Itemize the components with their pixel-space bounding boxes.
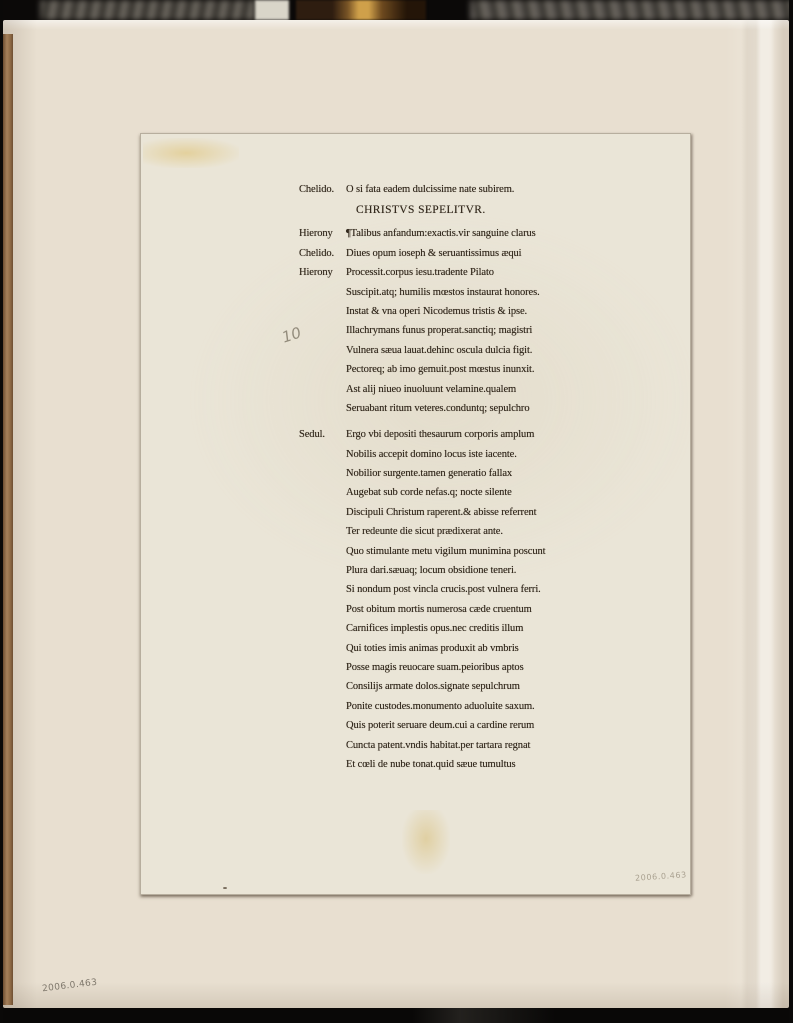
text-line: Quis poterit seruare deum.cui a cardine … [141,720,690,739]
book-board-edge [2,34,13,1005]
verse-text: Instat & vna operi Nicodemus tristis & i… [346,306,527,317]
text-line: Ter redeunte die sicut prædixerat ante. [141,526,690,545]
verse-text: Ast alij niueo inuoluunt velamine.qualem [346,384,516,395]
verse-text: Vulnera sæua lauat.dehinc oscula dulcia … [346,345,532,356]
verse-text: Carnifices implestis opus.nec creditis i… [346,623,523,634]
speaker-label: Chelido. [299,248,346,259]
text-line: Vulnera sæua lauat.dehinc oscula dulcia … [141,345,690,364]
verse-text: ¶Talibus anfandum:exactis.vir sanguine c… [346,228,536,239]
text-line: Illachrymans funus properat.sanctiq; mag… [141,325,690,344]
verse-text: Consilijs armate dolos.signate sepulchru… [346,681,520,692]
verse-text: Ergo vbi depositi thesaurum corporis amp… [346,429,534,440]
text-block: Chelido.O si fata eadem dulcissime nate … [141,184,690,778]
text-line: HieronyProcessit.corpus iesu.tradente Pi… [141,267,690,286]
verse-text: Quo stimulante metu vigilum munimina pos… [346,546,545,557]
text-line: Augebat sub corde nefas.q; nocte silente [141,487,690,506]
verse-text: Seruabant ritum veteres.conduntq; sepulc… [346,403,529,414]
speaker-label: Hierony [299,267,346,278]
verse-text: Discipuli Christum raperent.& abisse ref… [346,507,536,518]
verse-text: Post obitum mortis numerosa cæde cruentu… [346,604,532,615]
catalog-inscription-page: 2006.0.463 [635,870,687,883]
verse-text: Si nondum post vincla crucis.post vulner… [346,584,541,595]
printed-leaf: Chelido.O si fata eadem dulcissime nate … [140,133,691,895]
verse-text: Ponite custodes.monumento aduoluite saxu… [346,701,535,712]
verse-text: Quis poterit seruare deum.cui a cardine … [346,720,534,731]
text-line: Post obitum mortis numerosa cæde cruentu… [141,604,690,623]
blurred-engraving-left [40,0,255,20]
text-line: Discipuli Christum raperent.& abisse ref… [141,507,690,526]
text-line: Seruabant ritum veteres.conduntq; sepulc… [141,403,690,422]
text-line: Et cœli de nube tonat.quid sæue tumultus [141,759,690,778]
verse-text: Suscipit.atq; humilis mœstos instaurat h… [346,287,540,298]
text-line: Carnifices implestis opus.nec creditis i… [141,623,690,642]
text-line: Chelido.O si fata eadem dulcissime nate … [141,184,690,203]
text-line: Cuncta patent.vndis habitat.per tartara … [141,740,690,759]
speaker-label: Sedul. [299,429,346,440]
verse-text: Augebat sub corde nefas.q; nocte silente [346,487,512,498]
verse-text: Processit.corpus iesu.tradente Pilato [346,267,494,278]
text-line: Quo stimulante metu vigilum munimina pos… [141,546,690,565]
photo-bottom-edge [0,1008,793,1023]
text-line: Ast alij niueo inuoluunt velamine.qualem [141,384,690,403]
paper-stain-top [143,138,239,168]
text-line: Consilijs armate dolos.signate sepulchru… [141,681,690,700]
photo-right-edge [789,0,793,1023]
text-line: Chelido.Diues opum ioseph & seruantissim… [141,248,690,267]
text-line: Sedul.Ergo vbi depositi thesaurum corpor… [141,429,690,448]
text-line: Ponite custodes.monumento aduoluite saxu… [141,701,690,720]
text-line: Nobilis accepit domino locus iste iacent… [141,449,690,468]
text-line: Plura dari.sæuaq; locum obsidione teneri… [141,565,690,584]
blurred-engraving-right [470,0,793,20]
verse-text: Ter redeunte die sicut prædixerat ante. [346,526,503,537]
gilt-frame-edge [296,0,426,20]
speaker-label: Chelido. [299,184,346,195]
verse-text: Cuncta patent.vndis habitat.per tartara … [346,740,530,751]
photo-left-edge [0,0,3,1023]
verse-text: Pectoreq; ab imo gemuit.post mœstus inun… [346,364,534,375]
text-line: Qui toties imis animas produxit ab vmbri… [141,643,690,662]
text-line: Instat & vna operi Nicodemus tristis & i… [141,306,690,325]
verse-text: Et cœli de nube tonat.quid sæue tumultus [346,759,516,770]
blurred-paper-sliver [255,0,289,20]
text-line: Hierony¶Talibus anfandum:exactis.vir san… [141,228,690,247]
text-line: Si nondum post vincla crucis.post vulner… [141,584,690,603]
speaker-label: Hierony [299,228,346,239]
verse-text: O si fata eadem dulcissime nate subirem. [346,184,514,195]
verse-text: Qui toties imis animas produxit ab vmbri… [346,643,519,654]
photographed-book-page: Chelido.O si fata eadem dulcissime nate … [0,0,793,1023]
verse-text: Posse magis reuocare suam.peioribus apto… [346,662,524,673]
verse-text: Plura dari.sæuaq; locum obsidione teneri… [346,565,516,576]
background-clutter-strip [0,0,793,22]
text-line: Suscipit.atq; humilis mœstos instaurat h… [141,287,690,306]
text-line: Pectoreq; ab imo gemuit.post mœstus inun… [141,364,690,383]
text-line: Nobilior surgente.tamen generatio fallax [141,468,690,487]
text-line: Posse magis reuocare suam.peioribus apto… [141,662,690,681]
verse-text: Nobilis accepit domino locus iste iacent… [346,449,517,460]
section-heading: CHRISTVS SEPELITVR. [141,204,690,225]
paper-stain-bottom [402,810,450,874]
verse-text: Nobilior surgente.tamen generatio fallax [346,468,512,479]
verse-text: Illachrymans funus properat.sanctiq; mag… [346,325,532,336]
verse-text: Diues opum ioseph & seruantissimus æqui [346,248,521,259]
paper-fleck [223,887,227,889]
